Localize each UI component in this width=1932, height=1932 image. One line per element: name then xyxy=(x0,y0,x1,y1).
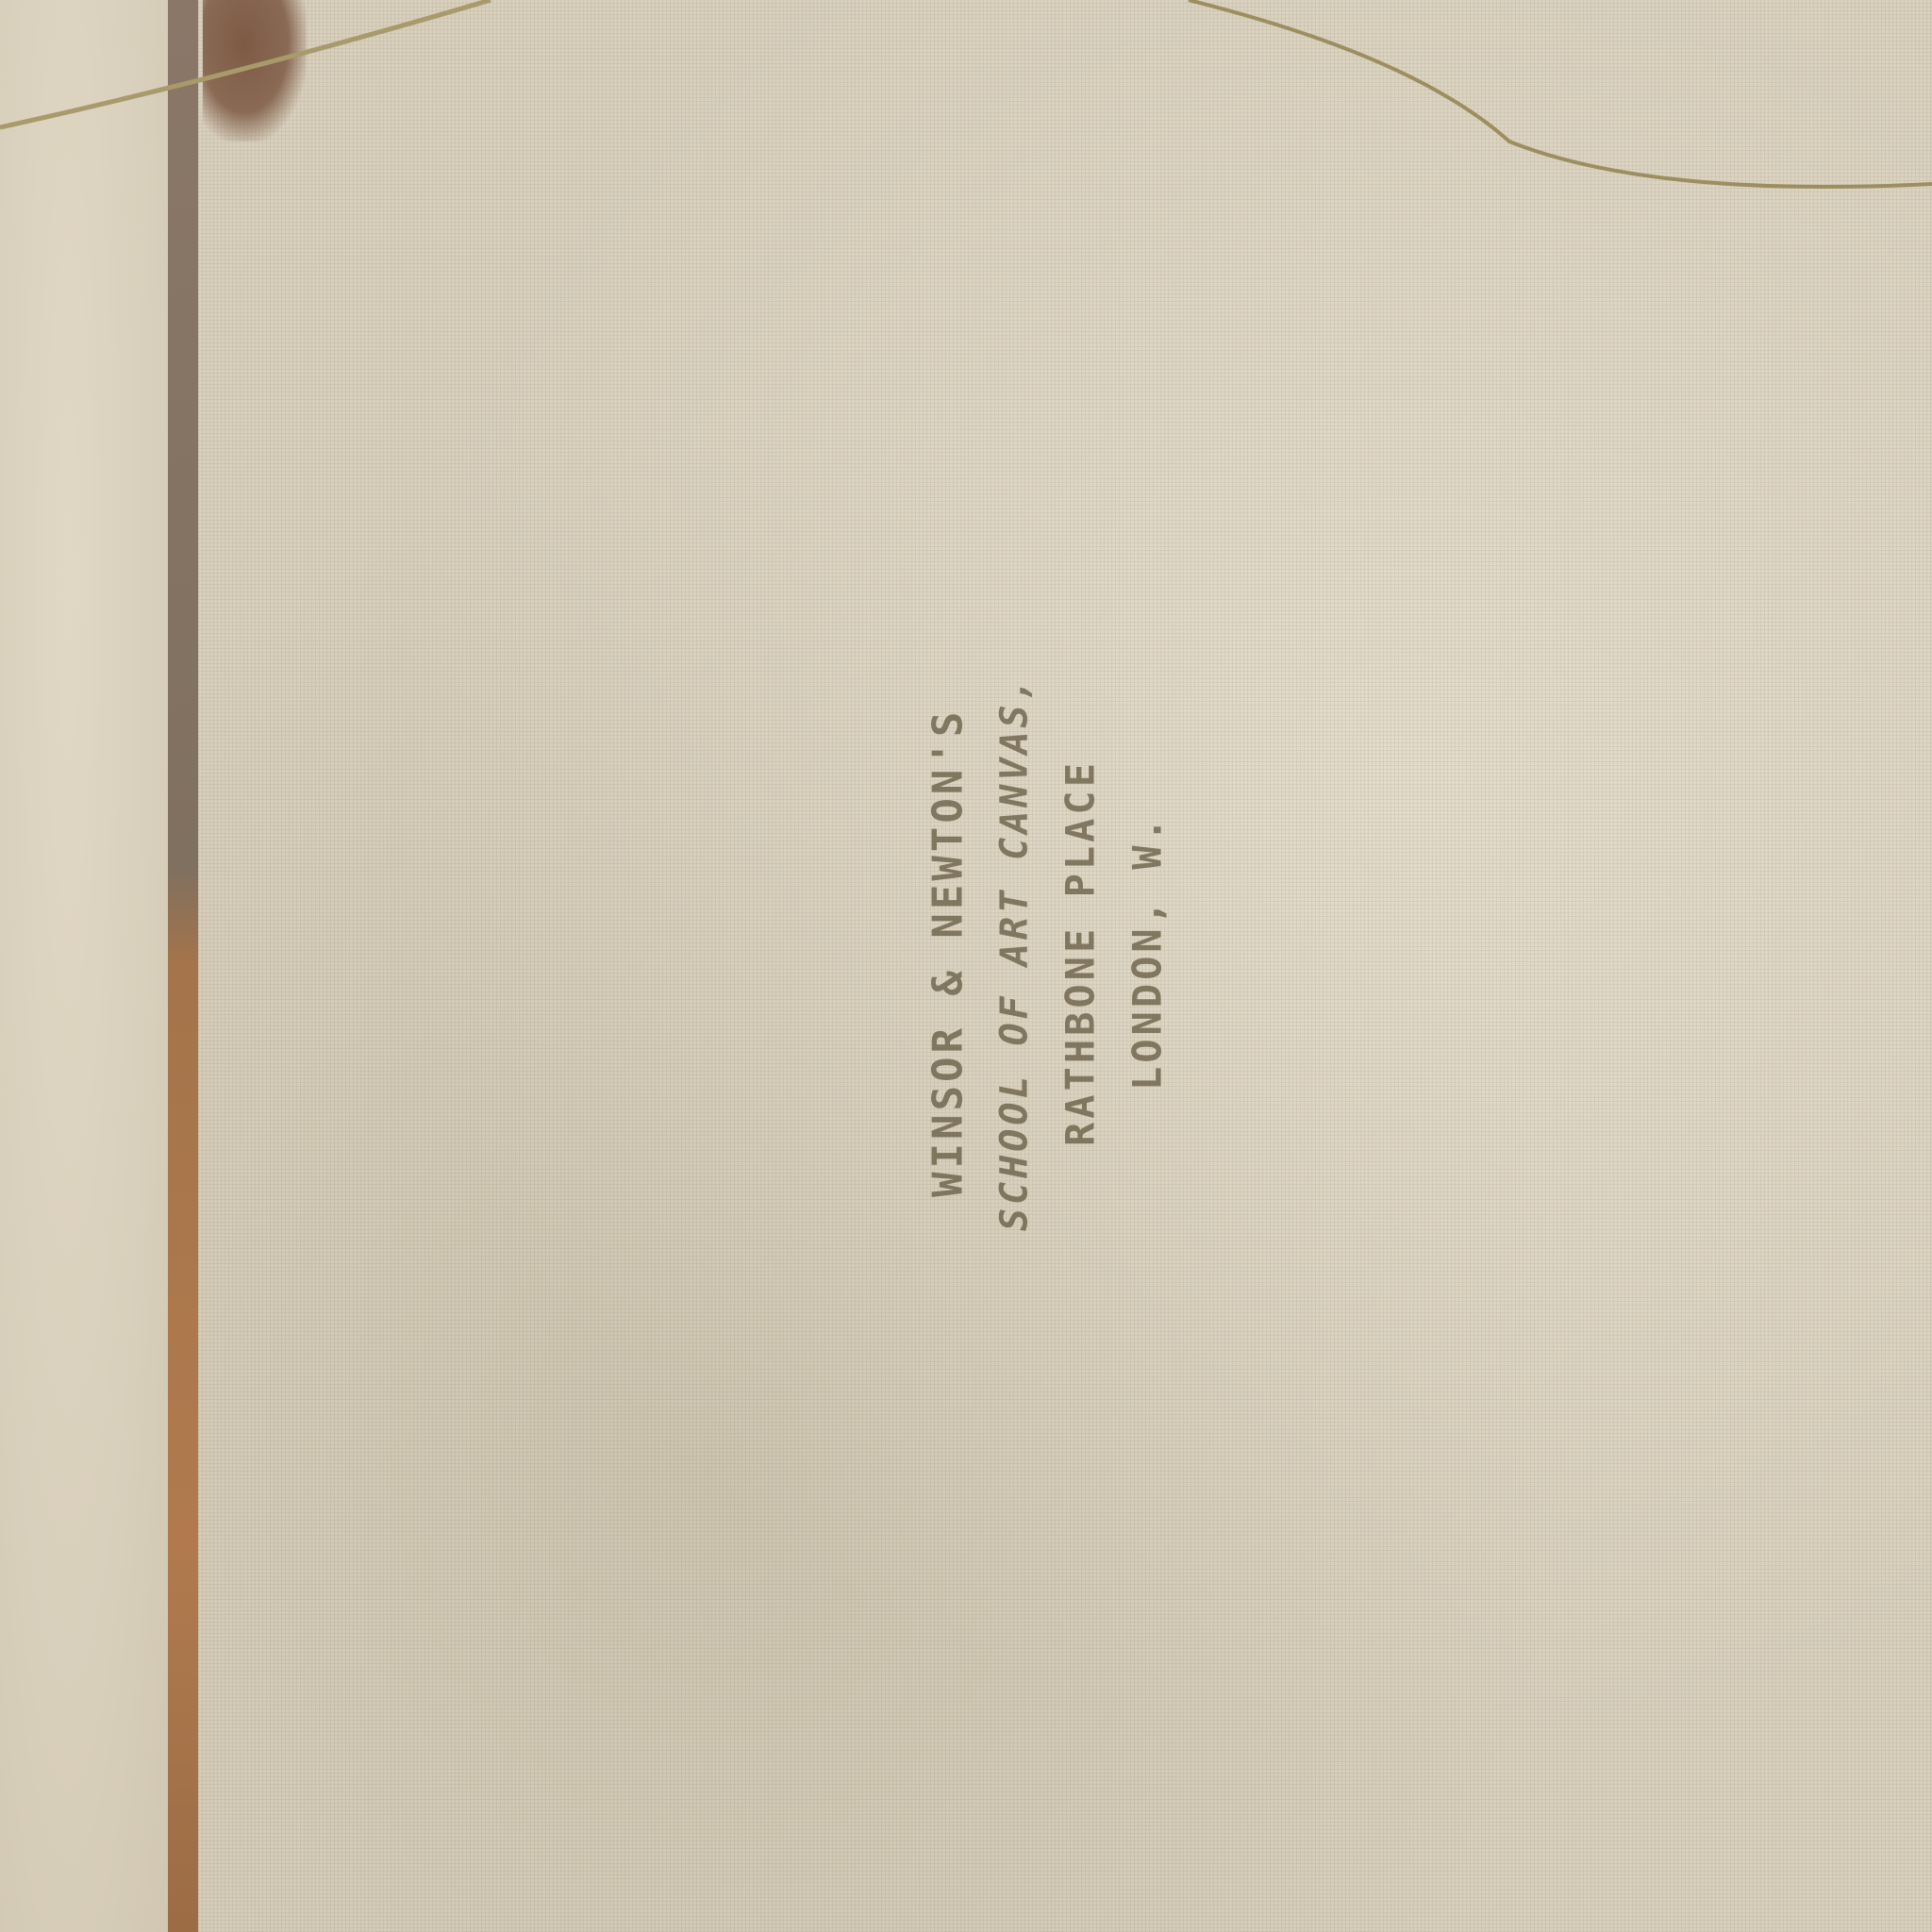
maker-stamp: WINSOR & NEWTON'S SCHOOL OF ART CANVAS, … xyxy=(830,547,1264,1358)
stamp-line-maker: WINSOR & NEWTON'S xyxy=(924,547,973,1358)
stamp-line-product: SCHOOL OF ART CANVAS, xyxy=(993,547,1037,1358)
stamp-line-street: RATHBONE PLACE xyxy=(1058,547,1104,1358)
stamp-line-city: LONDON, W. xyxy=(1124,547,1171,1358)
backing-board xyxy=(0,0,172,1932)
hanging-wire xyxy=(0,0,1932,208)
stretcher-bar xyxy=(168,0,198,1932)
